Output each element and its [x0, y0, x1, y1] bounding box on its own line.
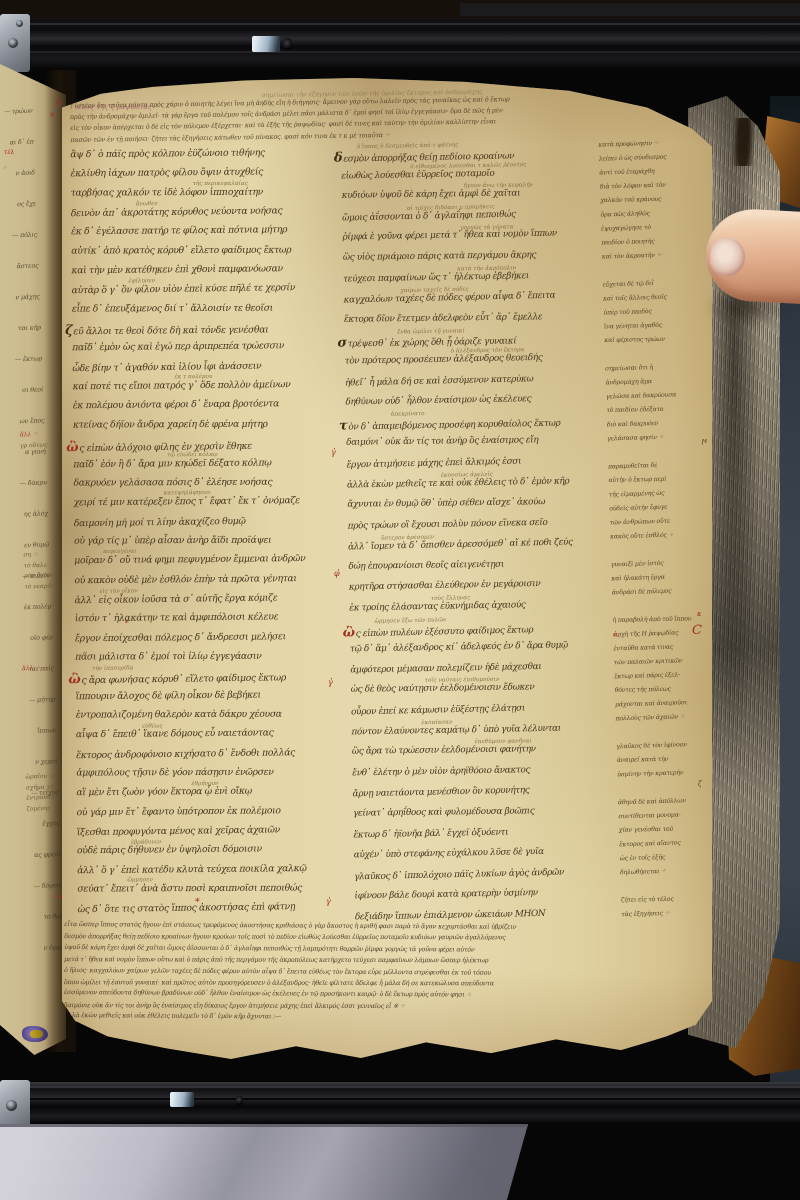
rail-groove [0, 1098, 800, 1100]
verse-line: αὐτίκ᾽ ἀπὸ κρατὸς κόρυθ᾽ εἵλετο φαίδιμος… [71, 244, 333, 264]
rubric-mark: τέλ [4, 150, 14, 156]
interlinear-gloss: τῷ εὐώδει κόλπῳ [167, 452, 217, 458]
verse-line: σεύατ᾽ ἔπειτ᾽ ἀνὰ ἄστυ ποσὶ κραιπνοῖσι π… [77, 882, 339, 902]
interlinear-gloss: εὐθέως [142, 723, 163, 729]
paper-edge-shadow [0, 1124, 528, 1127]
verse-line: ἀλλ᾽ ὅ γ᾽ ἐπεὶ κατέδυ κλυτὰ τεύχεα ποικί… [77, 862, 339, 884]
verse-line: ἐκ δ᾽ ἐγέλασσε πατήρ τε φίλος καὶ πότνια… [71, 224, 333, 246]
interlinear-gloss: τῆς περικεφαλαίας [193, 181, 248, 187]
interlinear-gloss: ἐπεθύμουν φανῆναι [475, 739, 532, 746]
rail-highlight [0, 23, 800, 25]
verse-line: αὐτὰρ ὅ γ᾽ ὃν φίλον υἱὸν ἐπεὶ κύσε πῆλέ … [72, 282, 334, 305]
rubric-mark: γ̓ [331, 449, 336, 457]
interlinear-gloss: τὴν ἱππουρίδα [92, 666, 133, 673]
background-top-band [460, 3, 800, 16]
facing-page-fragment: — τρώων [0, 106, 43, 139]
verse-line: ταρβήσας χαλκόν τε ἰδὲ λόφον ἱππιοχαίτην… [71, 186, 333, 206]
right-text-column: δεσμὸν ἀπορρήξας θείῃ πεδίοιο κροαίνωνὁ … [341, 146, 623, 933]
interlinear-gloss: ἔνθα ὡμίλει τῇ γυναικί [397, 328, 465, 335]
interlinear-gloss: ἐφίλησεν [128, 279, 155, 285]
cradle-bracket-bottom [0, 1080, 30, 1130]
clip-knob [283, 38, 292, 50]
interlinear-gloss: ἀπεκρίνατο [391, 411, 425, 418]
rubric-initial: ὣ [68, 672, 80, 687]
manuscript-page: σημείωσαι τὴν ἐξήγησιν τῶν ἐπῶν τῆς ὁμιλ… [62, 78, 712, 1060]
facing-page-fragment: — πόλις [0, 230, 47, 263]
rubric-mark: γ̓ [326, 898, 331, 906]
rubric-initial: ὣ [66, 440, 78, 455]
interlinear-gloss: ὁ ἀλέξανδρος τὸν ἕκτορα [451, 347, 525, 354]
interlinear-gloss: ἐθρήνουν [191, 780, 218, 786]
rail-highlight [0, 51, 800, 53]
interlinear-gloss: πεφευγέναι [103, 549, 136, 555]
rubric-mark: φ̓ [334, 570, 340, 578]
interlinear-gloss: ἐκοπίασαν [421, 719, 452, 726]
enlarged-initial: ζ [65, 323, 73, 338]
verse-line: ζεῦ ἄλλοι τε θεοὶ δότε δὴ καὶ τόνδε γενέ… [72, 321, 334, 343]
purple-rubric-note: τέλος τῆς ζ ῥαψῳδίας ⁘ [74, 103, 160, 111]
rubric-mark: ∗ [124, 618, 129, 626]
left-text-column: ἂψ δ᾽ ὁ πάϊς πρὸς κόλπον ἐϋζώνοιο τιθήνη… [70, 147, 339, 923]
rubric-mark: ϻ [702, 438, 707, 445]
scholion-line: θόντες τῆς πόλεως [615, 685, 711, 701]
manuscript-photo: — τρώωναι δ᾽ ἐπν ἀοιδος ἔχε— πόλιςἄστεος… [0, 0, 800, 1200]
interlinear-gloss: ἑκουσίως ἀμελεῖς [441, 471, 493, 478]
verse-line: παῖδ᾽ ἐμὸν ὡς καὶ ἐγώ περ ἀριπρεπέα τρώε… [72, 340, 334, 362]
rubric-mark: C [692, 624, 702, 637]
interlinear-gloss: ἐκ τ πολέμου [174, 374, 212, 380]
verse-line: καί ποτέ τις εἴποι πατρός γ᾽ ὅδε πολλὸν … [73, 379, 335, 401]
interlinear-gloss: τοὺς ἕλληνας [431, 595, 470, 602]
verse-line: κτείνας δήϊον ἄνδρα χαρείη δὲ φρένα μήτη… [73, 418, 335, 438]
verse-line: ἱστόν τ᾽ ἠλακάτην τε καὶ ἀμφιπόλοισι κέλ… [75, 611, 337, 633]
verse-line: χειρί τέ μιν κατέρεξεν ἔπος τ᾽ ἔφατ᾽ ἔκ … [74, 495, 336, 517]
scholion-line: ζήτει εἰς τὸ τέλος [621, 895, 717, 911]
cradle-clip-bottom [170, 1092, 194, 1107]
verse-line: ἐκ πολέμου ἀνιόντα φέροι δ᾽ ἔναρα βροτόε… [73, 398, 335, 420]
rubric-mark: ᾧ [56, 100, 62, 107]
verse-line: οὐδὲ πάρις δήθυνεν ἐν ὑψηλοῖσι δόμοισινἐ… [77, 843, 339, 865]
clip-knob [236, 1096, 243, 1105]
rubric-mark: ⁘ [2, 166, 7, 172]
left-margin-note: ση ⁘τὸ θαλε-ρὸν ἤγουντὸ νεαρόν [23, 549, 55, 592]
scholion-line [602, 265, 698, 281]
enlarged-initial: σ [337, 336, 347, 351]
enlarged-initial: τ [339, 418, 348, 433]
cradle-top-rail [0, 18, 800, 70]
screw-icon [8, 38, 18, 48]
scholion-line: χαλκὸν τοῦ κράνους [600, 195, 696, 211]
verse-line: αἶψα δ᾽ ἔπειθ᾽ ἵκανε δόμους εὖ ναιετάοντ… [76, 727, 338, 749]
facing-page-fragment: ος ἔχε [0, 199, 46, 232]
interlinear-gloss: γοργῶς τὰ γόνατα [460, 224, 513, 231]
rubric-mark: ∗ [194, 896, 201, 906]
interlinear-gloss: κατεψηλάφησεν [164, 490, 211, 496]
verse-line: οὐ γάρ μιν ἔτ᾽ ἔφαντο ὑπότροπον ἐκ πολέμ… [77, 804, 339, 826]
rubric-mark: φ ⁘ [50, 112, 61, 118]
enlarged-initial: δ [334, 150, 343, 165]
verse-line: μοῖραν δ᾽ οὔ τινά φημι πεφυγμένον ἔμμενα… [74, 553, 336, 575]
interlinear-gloss: κατὰ τὴν ἀκρόπολιν [457, 265, 516, 272]
interlinear-gloss: ἤγουν ἄνω τὴν κεφαλήν [464, 183, 534, 190]
verse-line: ἂψ δ᾽ ὁ πάϊς πρὸς κόλπον ἐϋζώνοιο τιθήνη… [70, 147, 332, 169]
interlinear-gloss: ὁ ἵππος ὁ δεσμευθεὶς ἀπὸ τ φάτνης [357, 143, 459, 151]
interlinear-gloss: χαίρων ταχεῖς δὲ πόδες [400, 287, 469, 295]
cradle-bottom-rail [0, 1082, 800, 1124]
rubric-mark: γ̓ [328, 679, 333, 687]
left-margin-note: ἄλλ ⁘γρ οὕτως [20, 430, 48, 452]
bookmark-ribbon-yellow [30, 1030, 43, 1038]
rubric-mark: ζ [698, 781, 702, 788]
scholion-line: αὐτὴν ὁ ἕκτωρ περὶ [608, 475, 704, 491]
facing-page-fragment: ν μάχης [0, 292, 50, 325]
screw-icon [6, 1100, 17, 1111]
interlinear-gloss: τοῖς ναύταις ἐπιθυμοῦσιν [425, 677, 500, 684]
left-margin-note: ὡραῖον τὸσχῆμα τῆςἐντροπαλι-ζομένης ⁘ [25, 771, 59, 814]
fore-edge-ink-mark [732, 118, 756, 166]
interlinear-gloss: ὥρμησεν ἔξω τῶν πυλῶν [374, 617, 446, 625]
verse-line: ἐντροπαλιζομένη θαλερὸν κατὰ δάκρυ χέουσ… [76, 708, 338, 728]
verse-line: ἵππουριν ἄλοχος δὲ φίλη οἶκον δὲ βεβήκει [75, 688, 337, 710]
scholion-line: τὸ παιδίον ἐδέξατο [606, 405, 702, 421]
rail-highlight [0, 1086, 800, 1088]
scholion-line: καὶ φέριστος τρώων [604, 335, 700, 351]
interlinear-gloss: ἐβράδυνεν [131, 839, 161, 845]
rubric-initial: ὣ [343, 625, 355, 640]
rubric-mark: κ [697, 611, 702, 618]
interlinear-gloss: αἱ τρίχες διδόασι μ προμήκεις [407, 204, 495, 212]
interlinear-gloss: εἰς τὸν οἶκον [99, 588, 137, 595]
bottom-scholion-line: ὅπου ὡμίλει τῇ ἑαυτοῦ γυναικί· καὶ πρῶτο… [64, 978, 708, 991]
interlinear-gloss: ὁ εἰθισμένος λούεσθαι τ καλῶς ῥέοντος [410, 162, 526, 170]
bottom-scholia-block: εἶτα ὥσπερ ἵππος στατὸς ἤγουν ἐπὶ στάσεω… [64, 920, 709, 1026]
cradle-bracket-top [0, 14, 30, 72]
verse-line: παῖδ᾽ ἑόν ἣ δ᾽ ἄρα μιν κηώδεϊ δέξατο κόλ… [73, 456, 335, 478]
bottom-scholion-line: δαιμόνιε οὐκ ἄν τίς τοι ἀνὴρ ὃς ἐναίσιμο… [64, 1001, 708, 1014]
rubric-mark: ∗ [56, 893, 63, 903]
screw-icon [16, 20, 23, 27]
paper-sheet-under-cradle [0, 1124, 528, 1200]
verse-line: αἳ μὲν ἔτι ζωὸν γόον ἕκτορα ᾧ ἐνὶ οἴκῳἐθ… [76, 785, 338, 807]
scholion-line: χίαν γενέσθαι τοῦ [619, 825, 715, 841]
facing-page-fragment: ν ἀοιδ [0, 168, 45, 201]
cradle-clip-top [252, 36, 280, 52]
interlinear-gloss: ὥρμησεν [127, 877, 153, 883]
interlinear-gloss: ἄνωθεν [136, 201, 158, 207]
bottom-scholion-line: μετά τ᾽ ἤθεα καὶ νομὸν ἵππων οὕτω καὶ ὁ … [64, 955, 708, 968]
bottom-scholion-line: δεσμὸν ἀπορρήξας θείῃ πεδίοιο κροαίνων ἤ… [64, 933, 708, 946]
scholion-line [610, 545, 706, 561]
verse-line: ἔργον ἐποίχεσθαι πόλεμος δ᾽ ἄνδρεσσι μελ… [75, 630, 337, 652]
left-margin-note: ἄλλ ⁘ [22, 664, 41, 675]
verse-line: εἶπε δ᾽ ἐπευξάμενος διί τ᾽ ἄλλοισίν τε θ… [72, 302, 334, 322]
top-marginalia: σημείωσαι τὴν ἐξήγησιν τῶν ἐπῶν τῆς ὁμιλ… [70, 85, 707, 147]
scholion-line: ἀναιρεῖ κατὰ τὴν [617, 755, 713, 771]
interlinear-gloss: ὕστερον ἀρέσομεν [381, 535, 434, 542]
facing-page-fragment: ἄστεος [0, 261, 48, 294]
